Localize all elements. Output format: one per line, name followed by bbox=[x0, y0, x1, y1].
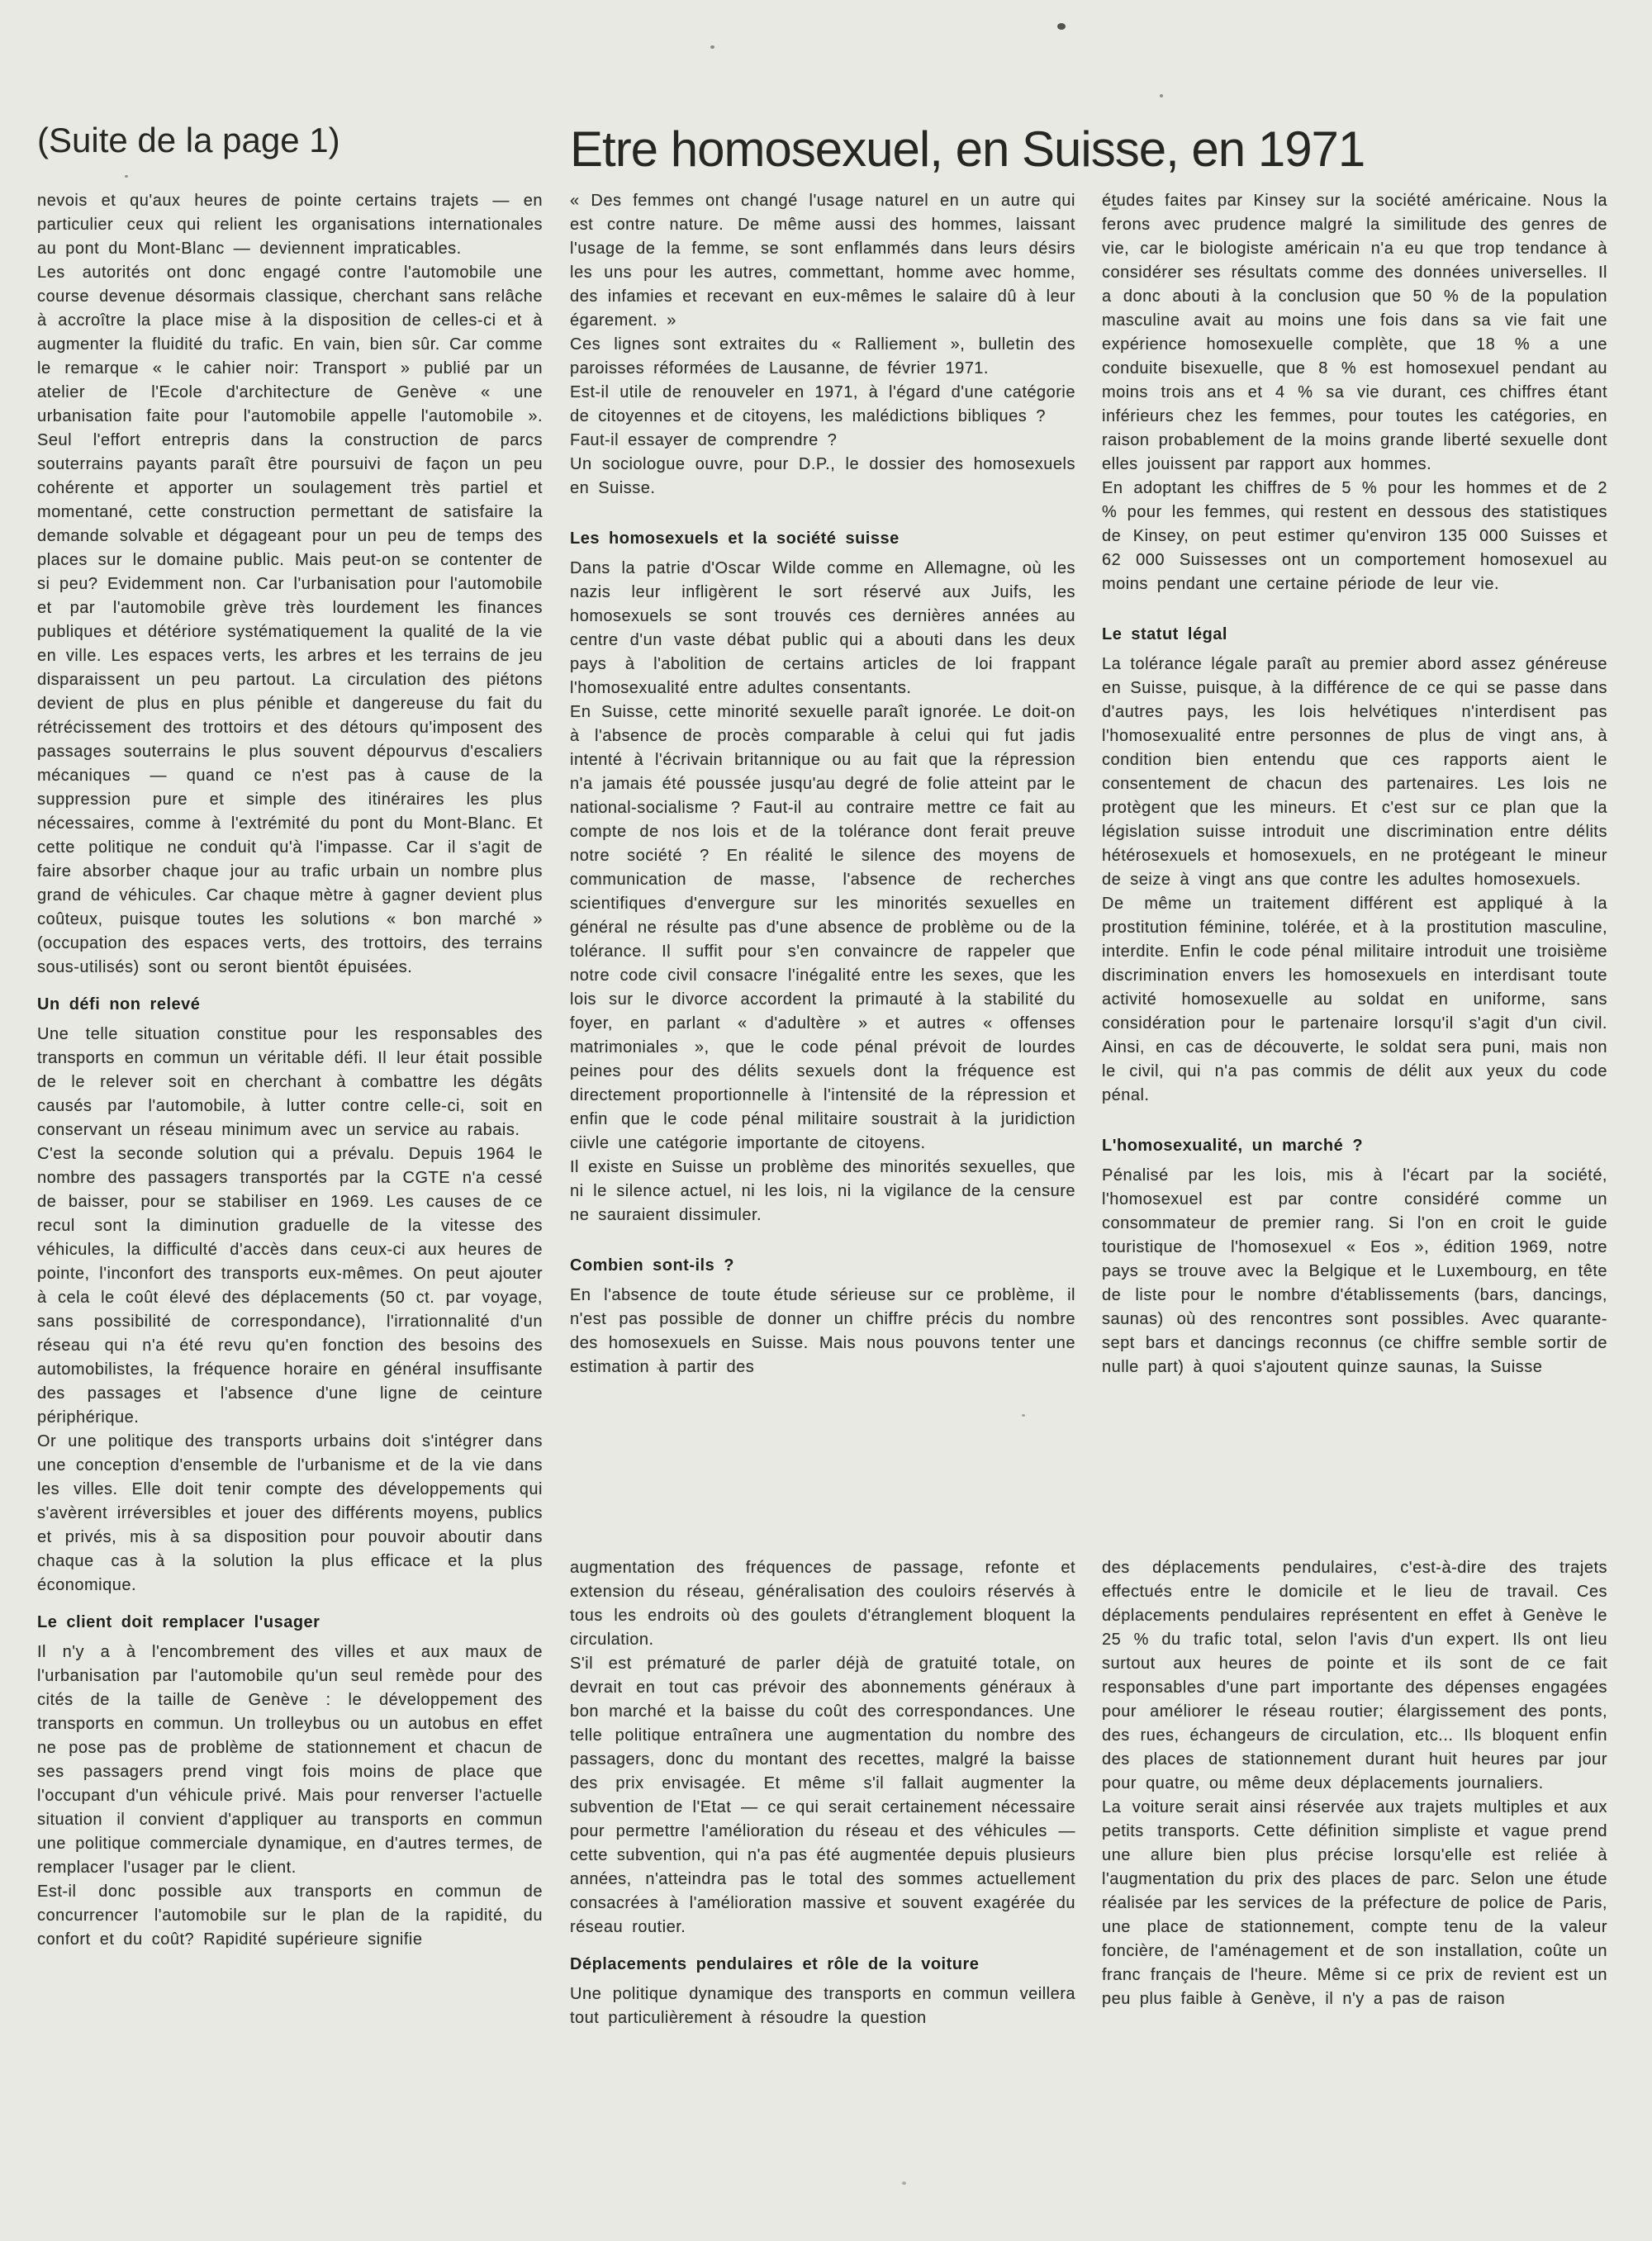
column-middle-top-article: « Des femmes ont changé l'usage naturel … bbox=[570, 189, 1075, 1556]
scan-artifact bbox=[1112, 207, 1118, 210]
section-heading: Combien sont-ils ? bbox=[570, 1254, 1075, 1278]
paragraph: La voiture serait ainsi réservée aux tra… bbox=[1102, 1796, 1607, 2011]
scan-artifact bbox=[1022, 1414, 1025, 1417]
paragraph: Est-il donc possible aux transports en c… bbox=[37, 1880, 543, 1952]
scan-artifact bbox=[1160, 94, 1163, 97]
section-heading: Un défi non relevé bbox=[37, 993, 543, 1017]
paragraph: Pénalisé par les lois, mis à l'écart par… bbox=[1102, 1164, 1607, 1379]
paragraph: augmentation des fréquences de passage, … bbox=[570, 1556, 1075, 1652]
paragraph: Une telle situation constitue pour les r… bbox=[37, 1023, 543, 1142]
scan-artifact bbox=[902, 2182, 906, 2185]
article-title: Etre homosexuel, en Suisse, en 1971 bbox=[570, 121, 1365, 178]
section-heading: L'homosexualité, un marché ? bbox=[1102, 1134, 1607, 1158]
paragraph: Une politique dynamique des transports e… bbox=[570, 1982, 1075, 2030]
paragraph: Un sociologue ouvre, pour D.P., le dossi… bbox=[570, 453, 1075, 501]
column-right-bottom-continuation: des déplacements pendulaires, c'est-à-di… bbox=[1102, 1556, 1607, 2011]
paragraph: « Des femmes ont changé l'usage naturel … bbox=[570, 189, 1075, 333]
paragraph: S'il est prématuré de parler déjà de gra… bbox=[570, 1652, 1075, 1940]
paragraph: Il n'y a à l'encombrement des villes et … bbox=[37, 1640, 543, 1880]
scan-artifact bbox=[1057, 23, 1066, 30]
paragraph: En Suisse, cette minorité sexuelle paraî… bbox=[570, 700, 1075, 1156]
scan-artifact bbox=[125, 175, 128, 178]
paragraph: La tolérance légale paraît au premier ab… bbox=[1102, 653, 1607, 892]
scan-artifact bbox=[657, 1367, 660, 1370]
paragraph: C'est la seconde solution qui a prévalu.… bbox=[37, 1142, 543, 1430]
paragraph: Dans la patrie d'Oscar Wilde comme en Al… bbox=[570, 557, 1075, 700]
newspaper-page: (Suite de la page 1) Etre homosexuel, en… bbox=[0, 0, 1652, 2241]
paragraph: Est-il utile de renouveler en 1971, à l'… bbox=[570, 381, 1075, 429]
scan-artifact bbox=[710, 45, 714, 49]
continuation-kicker: (Suite de la page 1) bbox=[37, 121, 340, 160]
paragraph: Ces lignes sont extraites du « Ralliemen… bbox=[570, 333, 1075, 381]
section-heading: Le client doit remplacer l'usager bbox=[37, 1611, 543, 1635]
paragraph: Faut-il essayer de comprendre ? bbox=[570, 429, 1075, 453]
paragraph: De même un traitement différent est appl… bbox=[1102, 892, 1607, 1108]
paragraph: Or une politique des transports urbains … bbox=[37, 1430, 543, 1598]
column-right-top-article: études faites par Kinsey sur la société … bbox=[1102, 189, 1607, 1556]
paragraph: Les autorités ont donc engagé contre l'a… bbox=[37, 261, 543, 980]
paragraph: En l'absence de toute étude sérieuse sur… bbox=[570, 1284, 1075, 1379]
section-heading: Le statut légal bbox=[1102, 623, 1607, 647]
paragraph: études faites par Kinsey sur la société … bbox=[1102, 189, 1607, 477]
section-heading: Les homosexuels et la société suisse bbox=[570, 527, 1075, 551]
column-left-transport-article: nevois et qu'aux heures de pointe certai… bbox=[37, 189, 543, 1952]
paragraph: En adoptant les chiffres de 5 % pour les… bbox=[1102, 477, 1607, 596]
paragraph: nevois et qu'aux heures de pointe certai… bbox=[37, 189, 543, 261]
paragraph: des déplacements pendulaires, c'est-à-di… bbox=[1102, 1556, 1607, 1796]
section-heading: Déplacements pendulaires et rôle de la v… bbox=[570, 1953, 1075, 1977]
column-middle-bottom-continuation: augmentation des fréquences de passage, … bbox=[570, 1556, 1075, 2030]
paragraph: Il existe en Suisse un problème des mino… bbox=[570, 1156, 1075, 1227]
